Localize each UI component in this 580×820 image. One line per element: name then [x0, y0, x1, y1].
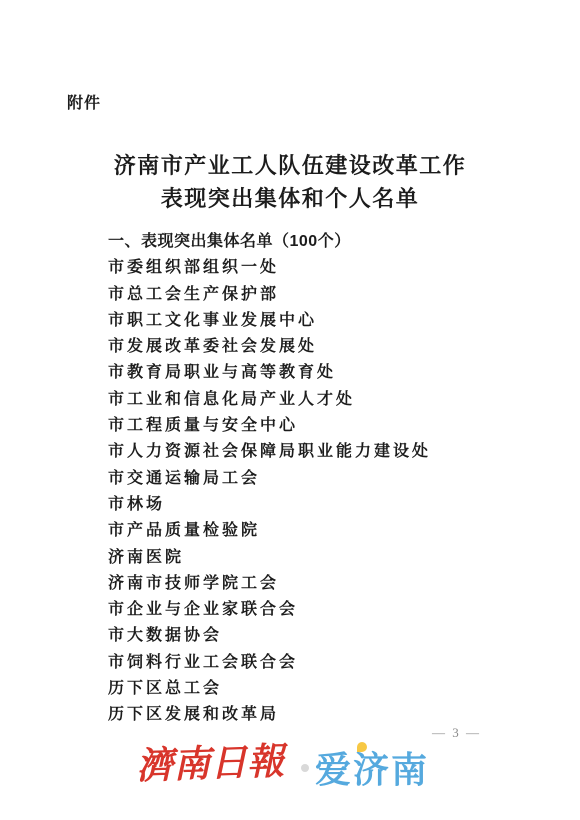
jinan-daily-logo: 濟南日報: [135, 730, 285, 789]
ijinan-logo: 爱济南: [315, 742, 429, 793]
list-item: 市林场: [108, 492, 540, 518]
list-item: 市教育局职业与高等教育处: [108, 360, 540, 386]
list-item: 市委组织部组织一处: [108, 255, 540, 281]
list-item: 市职工文化事业发展中心: [108, 308, 540, 334]
list-item: 市发展改革委社会发展处: [108, 334, 540, 360]
section-heading: 一、表现突出集体名单（100个）: [108, 229, 540, 255]
list-item: 市人力资源社会保障局职业能力建设处: [108, 439, 540, 465]
list-item: 历下区发展和改革局: [108, 702, 540, 728]
list-item: 市饲料行业工会联合会: [108, 650, 540, 676]
list-item: 市企业与企业家联合会: [108, 597, 540, 623]
document-title-line-1: 济南市产业工人队伍建设改革工作: [0, 149, 580, 182]
document-title: 济南市产业工人队伍建设改革工作 表现突出集体和个人名单: [0, 149, 580, 215]
list-item: 市交通运输局工会: [108, 466, 540, 492]
list-item: 市工程质量与安全中心: [108, 413, 540, 439]
attachment-label: 附件: [67, 90, 101, 113]
list-item: 市工业和信息化局产业人才处: [108, 387, 540, 413]
logo-separator-dot-icon: [301, 764, 309, 772]
collective-list: 一、表现突出集体名单（100个） 市委组织部组织一处 市总工会生产保护部 市职工…: [108, 229, 540, 729]
list-item: 济南医院: [108, 545, 540, 571]
list-item: 历下区总工会: [108, 676, 540, 702]
list-item: 济南市技师学院工会: [108, 571, 540, 597]
logo-accent-drop-icon: [357, 742, 367, 752]
list-item: 市产品质量检验院: [108, 518, 540, 544]
document-title-line-2: 表现突出集体和个人名单: [0, 182, 580, 215]
list-item: 市大数据协会: [108, 623, 540, 649]
list-item: 市总工会生产保护部: [108, 282, 540, 308]
document-page: 附件 济南市产业工人队伍建设改革工作 表现突出集体和个人名单 一、表现突出集体名…: [0, 0, 580, 820]
